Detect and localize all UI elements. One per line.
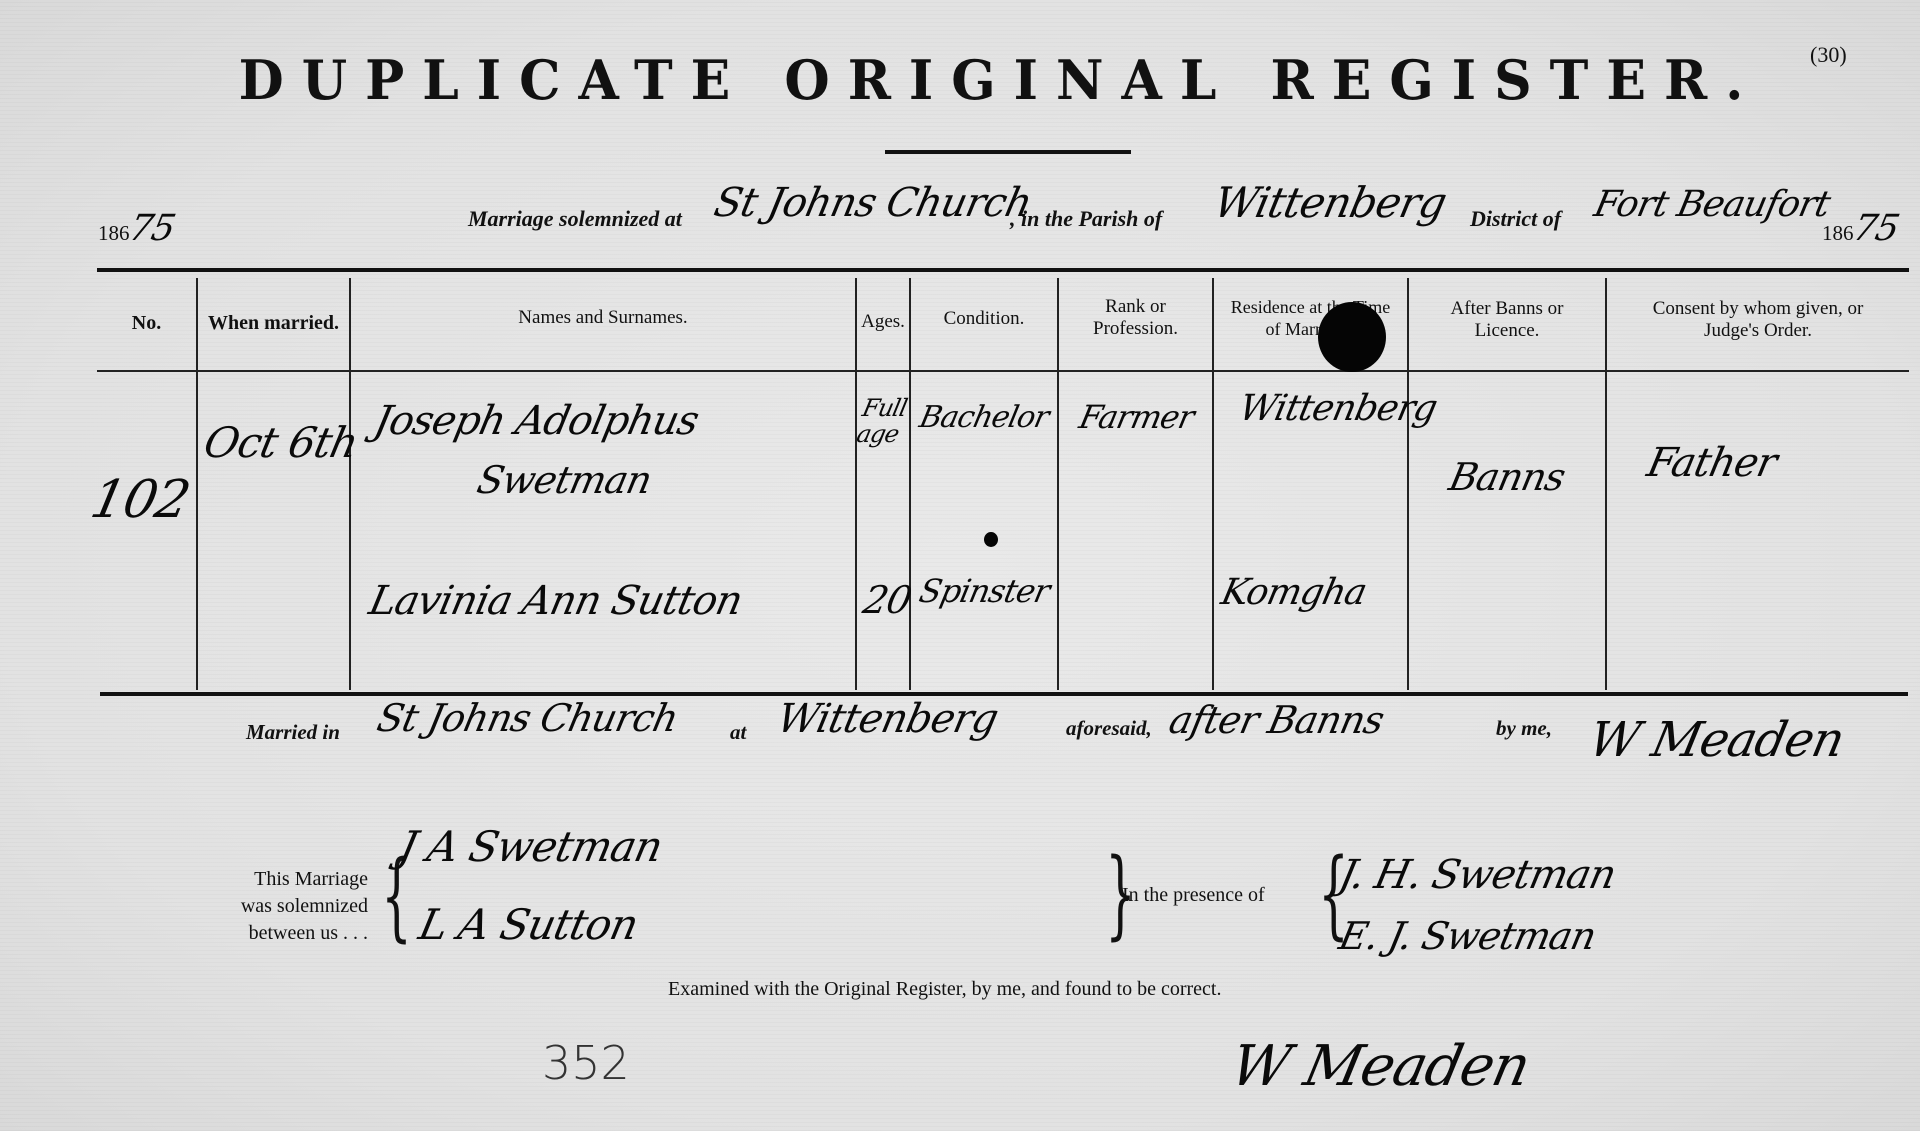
banns-entry: Banns bbox=[1445, 455, 1568, 499]
witnesses-label: In the presence of bbox=[1122, 884, 1265, 907]
married-at-place: Wittenberg bbox=[773, 696, 1002, 742]
year-right-printed: 186 bbox=[1822, 221, 1854, 245]
witness-signature-2: E. J. Swetman bbox=[1335, 914, 1599, 958]
label-married-in: Married in bbox=[246, 720, 340, 745]
header-condition: Condition. bbox=[911, 308, 1057, 330]
header-separator bbox=[97, 370, 1909, 372]
entry-number: 102 bbox=[86, 470, 195, 530]
groom-signature: J A Swetman bbox=[395, 822, 667, 871]
groom-name-line2: Swetman bbox=[473, 458, 655, 502]
witness-signature-1: J. H. Swetman bbox=[1335, 852, 1619, 898]
title-underline bbox=[885, 150, 1131, 154]
year-right: 18675 bbox=[1822, 208, 1897, 249]
table-top-rule bbox=[97, 268, 1909, 272]
year-left-handwritten: 75 bbox=[125, 208, 178, 249]
column-divider bbox=[909, 278, 911, 690]
ink-spot bbox=[984, 532, 998, 547]
label-by-me: by me, bbox=[1496, 716, 1552, 741]
married-in-church: St Johns Church bbox=[373, 696, 681, 740]
document-paper bbox=[0, 0, 1920, 1131]
header-ages: Ages. bbox=[857, 311, 909, 333]
bride-age: 20 bbox=[859, 578, 915, 622]
header-no: No. bbox=[97, 312, 196, 334]
label-parish: , in the Parish of bbox=[1010, 206, 1162, 232]
year-right-handwritten: 75 bbox=[1849, 208, 1902, 249]
year-left-printed: 186 bbox=[98, 221, 130, 245]
year-left: 18675 bbox=[98, 208, 173, 249]
parties-label: This Marriage was solemnized between us … bbox=[218, 866, 368, 947]
bride-signature: L A Sutton bbox=[415, 900, 642, 949]
groom-rank: Farmer bbox=[1076, 398, 1197, 436]
page-title: DUPLICATE ORIGINAL REGISTER. bbox=[0, 48, 1920, 112]
groom-condition: Bachelor bbox=[916, 400, 1051, 435]
bride-condition: Spinster bbox=[916, 572, 1053, 610]
table-bottom-rule bbox=[100, 692, 1908, 696]
groom-name-line1: Joseph Adolphus bbox=[370, 398, 702, 444]
column-divider bbox=[196, 278, 198, 690]
header-banns-line2: Licence. bbox=[1409, 320, 1605, 342]
handwritten-district: Fort Beaufort bbox=[1591, 184, 1834, 225]
header-banns-line1: After Banns or bbox=[1409, 298, 1605, 320]
entry-date: Oct 6th bbox=[200, 418, 362, 467]
label-marriage-solemnized: Marriage solemnized at bbox=[468, 206, 682, 232]
parties-label-line2: was solemnized bbox=[218, 893, 368, 920]
header-consent: Consent by whom given, or Judge's Order. bbox=[1607, 298, 1909, 342]
column-divider bbox=[855, 278, 857, 690]
label-district: District of bbox=[1470, 206, 1561, 232]
married-method: after Banns bbox=[1165, 698, 1387, 742]
label-at: at bbox=[730, 720, 746, 745]
bride-residence: Komgha bbox=[1218, 572, 1370, 613]
parties-label-line1: This Marriage bbox=[218, 866, 368, 893]
bride-name: Lavinia Ann Sutton bbox=[365, 578, 746, 624]
header-rank-line1: Rank or bbox=[1059, 296, 1212, 318]
header-consent-line2: Judge's Order. bbox=[1607, 320, 1909, 342]
certification-signature: W Meaden bbox=[1225, 1034, 1535, 1099]
ink-blot bbox=[1318, 302, 1386, 372]
header-names: Names and Surnames. bbox=[351, 307, 855, 329]
header-rank: Rank or Profession. bbox=[1059, 296, 1212, 340]
header-rank-line2: Profession. bbox=[1059, 318, 1212, 340]
margin-number: 352 bbox=[542, 1036, 630, 1090]
header-when-married: When married. bbox=[198, 312, 349, 334]
header-consent-line1: Consent by whom given, or bbox=[1607, 298, 1909, 320]
handwritten-church: St Johns Church bbox=[710, 180, 1035, 226]
officiant-signature: W Meaden bbox=[1584, 712, 1849, 768]
consent-entry: Father bbox=[1643, 440, 1780, 486]
header-banns: After Banns or Licence. bbox=[1409, 298, 1605, 342]
certification-text: Examined with the Original Register, by … bbox=[668, 978, 1222, 1001]
handwritten-parish: Wittenberg bbox=[1210, 178, 1451, 227]
label-aforesaid: aforesaid, bbox=[1066, 716, 1152, 741]
column-divider bbox=[349, 278, 351, 690]
parties-label-line3: between us . . . bbox=[218, 920, 368, 947]
groom-residence: Wittenberg bbox=[1236, 388, 1441, 429]
